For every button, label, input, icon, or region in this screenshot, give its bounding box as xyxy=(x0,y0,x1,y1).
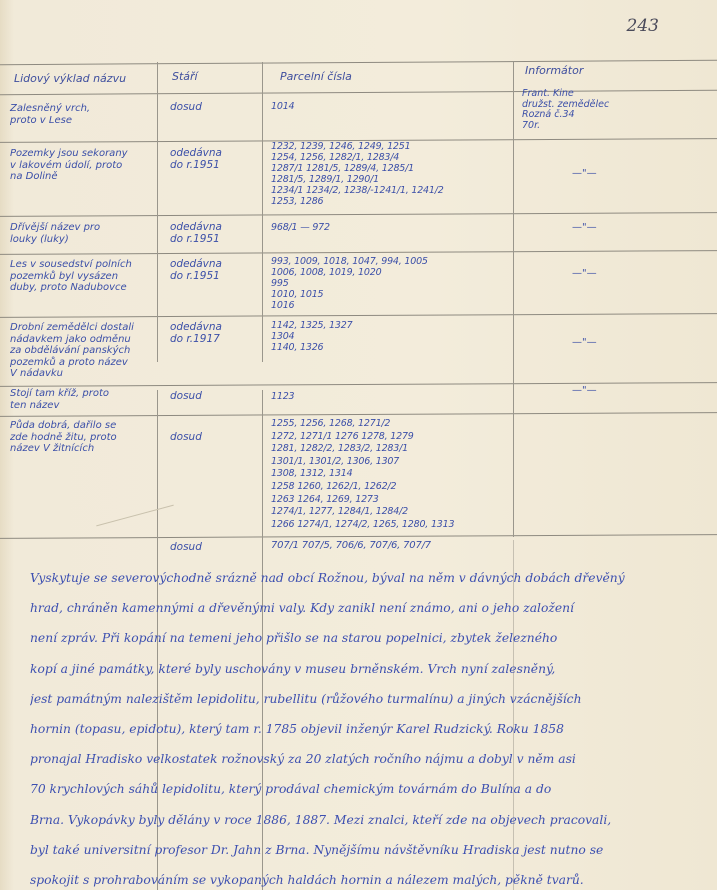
row-age: dosud xyxy=(170,391,262,403)
row-parcels: 968/1 — 972 xyxy=(271,222,511,233)
row-explanation: Pozemky jsou sekorany v lakovém údolí, p… xyxy=(10,148,158,183)
row-informant-ditto: —"— xyxy=(572,222,597,233)
last-entry-age: dosud xyxy=(170,542,262,554)
row-explanation: Zalesněný vrch, proto v Lese xyxy=(10,103,158,126)
row-informant-ditto: —"— xyxy=(572,168,597,179)
row-divider xyxy=(0,212,717,217)
paragraph-line: pronajal Hradisko velkostatek rožnovský … xyxy=(30,744,702,774)
last-entry-parcels: 707/1 707/5, 706/6, 707/6, 707/7 xyxy=(271,540,511,551)
row-age: dosud xyxy=(170,432,262,444)
paragraph-line: byl také universitní profesor Dr. Jahn z… xyxy=(30,835,702,865)
table-bottom-rule xyxy=(0,534,717,539)
row-informant-ditto: —"— xyxy=(572,268,597,279)
header-parcels: Parcelní čísla xyxy=(280,70,352,83)
table-top-rule xyxy=(0,60,717,65)
paragraph-line: spokojit s prohrabováním se vykopaných h… xyxy=(30,865,702,890)
header-explanation: Lidový výklad názvu xyxy=(14,72,126,85)
row-age: odedávna do r.1951 xyxy=(170,148,262,171)
ledger-page: 243 Lidový výklad názvu Stáří Parcelní č… xyxy=(0,0,717,890)
paragraph-line: hornin (topasu, epidotu), který tam r. 1… xyxy=(30,714,702,744)
paragraph-line: Brna. Vykopávky byly dělány v roce 1886,… xyxy=(30,805,702,835)
paragraph-line: hrad, chráněn kamennými a dřevěnými valy… xyxy=(30,593,702,623)
row-divider xyxy=(0,250,717,255)
row-age: odedávna do r.1951 xyxy=(170,259,262,282)
row-explanation: Půda dobrá, dařilo se zde hodně žitu, pr… xyxy=(10,420,158,455)
handwritten-paragraph: Vyskytuje se severovýchodně srázně nad o… xyxy=(30,563,702,890)
header-age: Stáří xyxy=(172,70,198,83)
paragraph-line: Vyskytuje se severovýchodně srázně nad o… xyxy=(30,563,702,593)
page-number: 243 xyxy=(627,16,659,36)
column-divider xyxy=(262,62,263,362)
row-parcels: 1014 xyxy=(271,101,511,112)
row-divider xyxy=(0,412,717,417)
row-informant: Frant. Kine družst. zemědělec Rozná č.34… xyxy=(522,89,712,131)
row-age: odedávna do r.1917 xyxy=(170,322,262,345)
paragraph-line: kopí a jiné památky, které byly uschován… xyxy=(30,654,702,684)
row-parcels: 1232, 1239, 1246, 1249, 1251 1254, 1256,… xyxy=(271,141,511,207)
row-explanation: Les v sousedství polních pozemků byl vys… xyxy=(10,259,158,294)
row-parcels: 1123 xyxy=(271,391,511,402)
row-parcels: 993, 1009, 1018, 1047, 994, 1005 1006, 1… xyxy=(271,256,511,311)
row-informant-ditto: —"— xyxy=(572,385,597,396)
row-age: dosud xyxy=(170,102,262,114)
paragraph-line: 70 krychlových sáhů lepidolitu, který pr… xyxy=(30,774,702,804)
header-informant: Informátor xyxy=(525,64,583,77)
paragraph-line: není zpráv. Při kopání na temeni jeho př… xyxy=(30,623,702,653)
row-parcels: 1142, 1325, 1327 1304 1140, 1326 xyxy=(271,320,511,353)
row-explanation: Dřívější název pro louky (luky) xyxy=(10,222,158,245)
pencil-mark xyxy=(96,505,174,527)
paragraph-line: jest památným nalezištěm lepidolitu, rub… xyxy=(30,684,702,714)
row-parcels: 1255, 1256, 1268, 1271/2 1272, 1271/1 12… xyxy=(271,418,511,531)
row-age: odedávna do r.1951 xyxy=(170,222,262,245)
row-explanation: Stojí tam kříž, proto ten název xyxy=(10,388,158,411)
row-informant-ditto: —"— xyxy=(572,337,597,348)
row-divider xyxy=(0,313,717,318)
row-explanation: Drobní zemědělci dostali nádavkem jako o… xyxy=(10,322,158,380)
row-divider xyxy=(0,382,717,387)
column-divider xyxy=(513,62,514,537)
